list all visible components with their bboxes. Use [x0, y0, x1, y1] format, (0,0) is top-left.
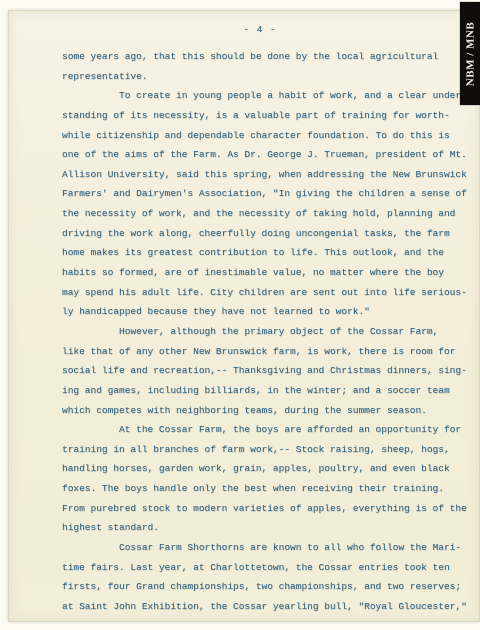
typescript-body: some years ago, that this should be done…: [62, 47, 480, 617]
typewritten-line: may spend his adult life. City children …: [62, 283, 480, 303]
typewritten-line: Farmers' and Dairymen's Association, "In…: [62, 184, 480, 204]
typewritten-line: driving the work along, cheerfully doing…: [62, 224, 480, 244]
typewritten-line: like that of any other New Brunswick far…: [62, 342, 480, 362]
typewritten-line: one of the aims of the Farm. As Dr. Geor…: [62, 145, 480, 165]
typewritten-line: while citizenship and dependable charact…: [62, 126, 480, 146]
typewritten-line: representative.: [62, 67, 480, 87]
typewritten-line: foxes. The boys handle only the best whe…: [62, 479, 480, 499]
archive-stamp-label: NBM / MNB: [460, 2, 480, 105]
archive-stamp: NBM / MNB: [460, 2, 480, 105]
page-number: - 4 -: [54, 24, 466, 35]
typewritten-line: handling horses, garden work, grain, app…: [62, 459, 480, 479]
typewritten-line: highest standard.: [62, 518, 480, 538]
typewritten-line: However, although the primary object of …: [62, 322, 480, 342]
typewritten-line: ly handicapped because they have not lea…: [62, 302, 480, 322]
typewritten-line: standing of its necessity, is a valuable…: [62, 106, 480, 126]
typewritten-line: ing and games, including billiards, in t…: [62, 381, 480, 401]
scanned-document-page: - 4 - some years ago, that this should b…: [0, 0, 480, 630]
typewritten-line: home makes its greatest contribution to …: [62, 243, 480, 263]
typewritten-line: Allison University, said this spring, wh…: [62, 165, 480, 185]
typewritten-line: the necessity of work, and the necessity…: [62, 204, 480, 224]
paper: - 4 - some years ago, that this should b…: [8, 10, 480, 622]
typewritten-line: To create in young people a habit of wor…: [62, 86, 480, 106]
typewritten-line: social life and recreation,-- Thanksgivi…: [62, 361, 480, 381]
typewritten-line: which competes with neighboring teams, d…: [62, 401, 480, 421]
typewritten-line: habits so formed, are of inestimable val…: [62, 263, 480, 283]
typewritten-line: at Saint John Exhibition, the Cossar yea…: [62, 597, 480, 617]
typewritten-line: some years ago, that this should be done…: [62, 47, 480, 67]
typewritten-line: firsts, four Grand championships, two ch…: [62, 577, 480, 597]
typewritten-line: time fairs. Last year, at Charlottetown,…: [62, 558, 480, 578]
typewritten-line: From purebred stock to modern varieties …: [62, 499, 480, 519]
typewritten-line: training in all branches of farm work,--…: [62, 440, 480, 460]
typewritten-line: At the Cossar Farm, the boys are afforde…: [62, 420, 480, 440]
typewritten-line: Cossar Farm Shorthorns are known to all …: [62, 538, 480, 558]
